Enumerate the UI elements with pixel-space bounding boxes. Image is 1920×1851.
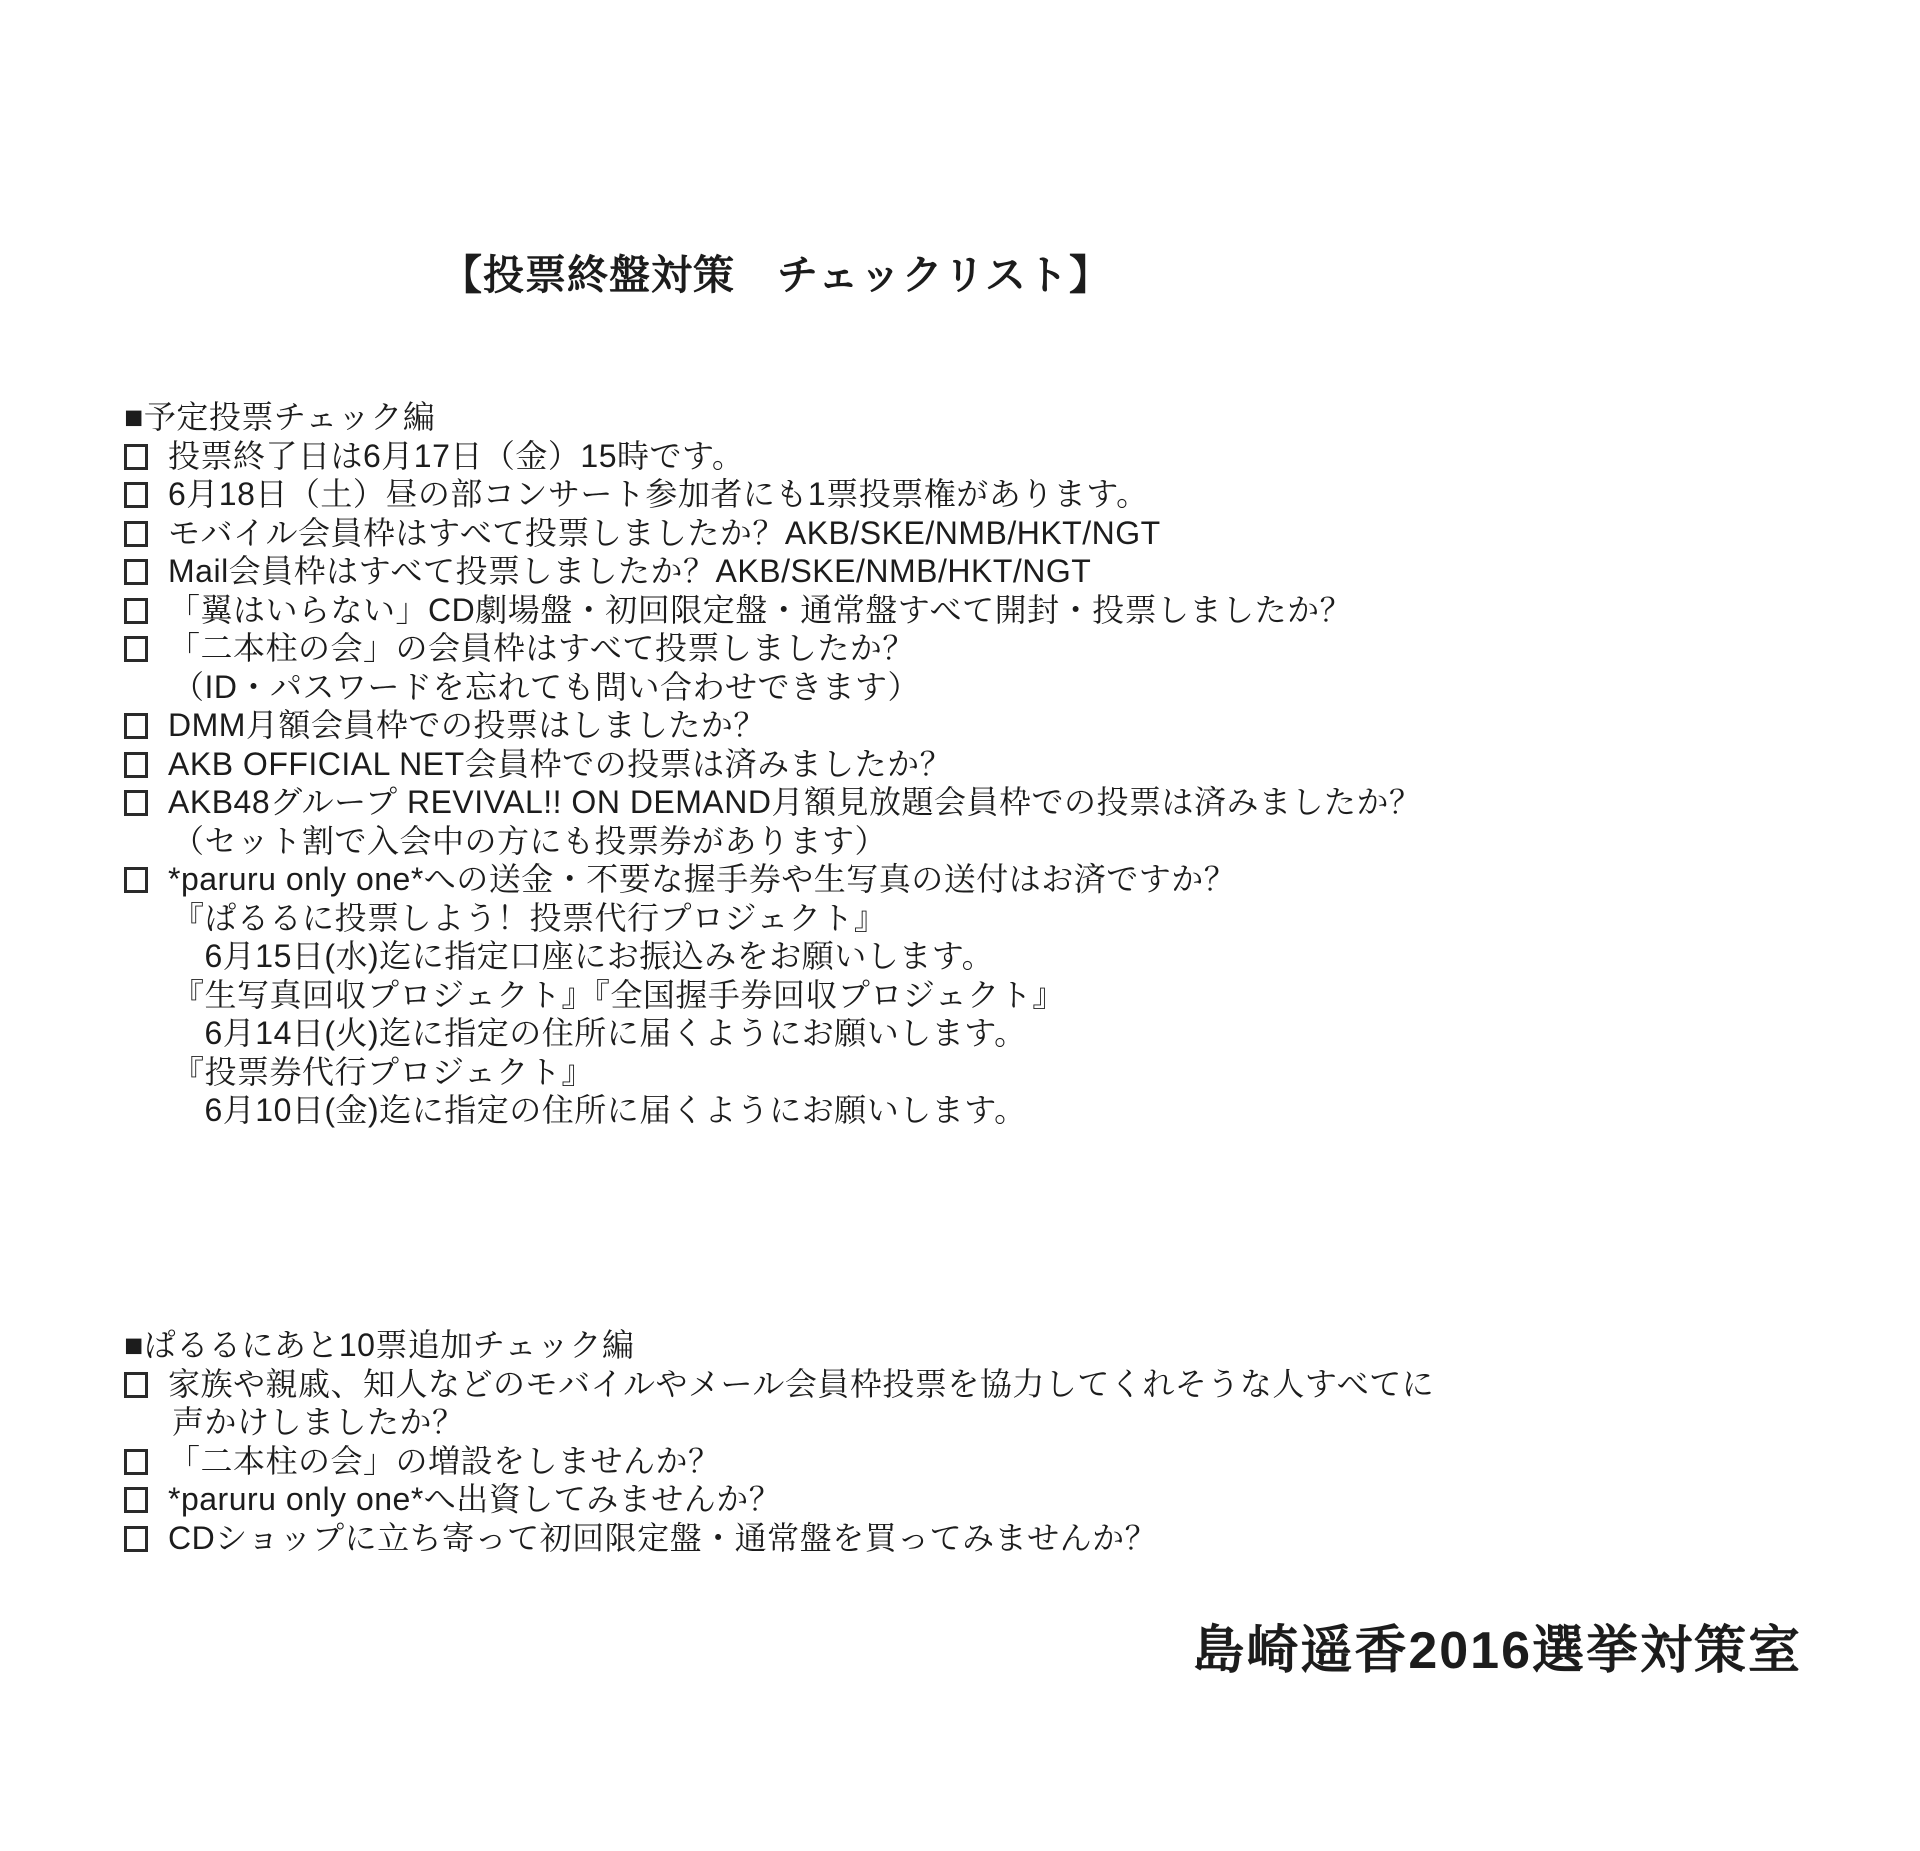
item-subline: 6月15日(水)迄に指定口座にお振込みをお願いします。 [124, 937, 1422, 976]
checkbox-empty-icon [124, 521, 148, 547]
item-subline: （セット割で入会中の方にも投票券があります） [124, 822, 1422, 861]
item-subline: 6月14日(火)迄に指定の住所に届くようにお願いします。 [124, 1014, 1422, 1053]
checkbox-empty-icon [124, 444, 148, 470]
item-text: 6月18日（土）昼の部コンサート参加者にも1票投票権があります。 [168, 476, 1149, 512]
item-text: 「二本柱の会」の会員枠はすべて投票しましたか？ [168, 630, 915, 666]
section-heading: ■予定投票チェック編 [124, 398, 1422, 437]
section-heading: ■ぱるるにあと10票追加チェック編 [124, 1326, 1434, 1365]
checklist-item: 投票終了日は6月17日（金）15時です。 [124, 437, 1422, 476]
checkbox-empty-icon [124, 752, 148, 778]
checklist-item: 「二本柱の会」の増設をしませんか？ [124, 1442, 1434, 1481]
item-text: *paruru only one*への送金・不要な握手券や生写真の送付はお済です… [168, 861, 1236, 897]
item-text: *paruru only one*へ出資してみませんか？ [168, 1481, 781, 1517]
checkbox-empty-icon [124, 790, 148, 816]
checklist-item: CDショップに立ち寄って初回限定盤・通常盤を買ってみませんか？ [124, 1519, 1434, 1558]
item-text: DMM月額会員枠での投票はしましたか？ [168, 707, 766, 743]
item-subline: （ID・パスワードを忘れても問い合わせできます） [124, 668, 1422, 707]
checkbox-empty-icon [124, 482, 148, 508]
document-footer-signature: 島崎遥香2016選挙対策室 [1192, 1608, 1802, 1683]
checkbox-empty-icon [124, 1449, 148, 1475]
checkbox-empty-icon [124, 1487, 148, 1513]
checklist-item: 6月18日（土）昼の部コンサート参加者にも1票投票権があります。 [124, 475, 1422, 514]
item-text: CDショップに立ち寄って初回限定盤・通常盤を買ってみませんか？ [168, 1520, 1157, 1556]
checklist-item: *paruru only one*へ出資してみませんか？ [124, 1480, 1434, 1519]
page-title: 【投票終盤対策 チェックリスト】 [0, 242, 1552, 301]
item-text: モバイル会員枠はすべて投票しましたか？AKB/SKE/NMB/HKT/NGT [168, 515, 1161, 551]
checkbox-empty-icon [124, 867, 148, 893]
checkbox-empty-icon [124, 1526, 148, 1552]
item-text: 家族や親戚、知人などのモバイルやメール会員枠投票を協力してくれそうな人すべてに [168, 1366, 1434, 1402]
item-text: 投票終了日は6月17日（金）15時です。 [168, 438, 744, 474]
item-text: Mail会員枠はすべて投票しましたか？AKB/SKE/NMB/HKT/NGT [168, 553, 1091, 589]
checkbox-empty-icon [124, 1372, 148, 1398]
checkbox-empty-icon [124, 559, 148, 585]
checklist-item: 家族や親戚、知人などのモバイルやメール会員枠投票を協力してくれそうな人すべてに [124, 1365, 1434, 1404]
checklist-item: 「翼はいらない」CD劇場盤・初回限定盤・通常盤すべて開封・投票しましたか？ [124, 591, 1422, 630]
checklist-item: モバイル会員枠はすべて投票しましたか？AKB/SKE/NMB/HKT/NGT [124, 514, 1422, 553]
item-subline: 『投票券代行プロジェクト』 [124, 1053, 1422, 1092]
checklist-item: 「二本柱の会」の会員枠はすべて投票しましたか？ [124, 629, 1422, 668]
checklist-section-1: ■ぱるるにあと10票追加チェック編家族や親戚、知人などのモバイルやメール会員枠投… [124, 1326, 1434, 1557]
item-subline: 6月10日(金)迄に指定の住所に届くようにお願いします。 [124, 1091, 1422, 1130]
checklist-item: DMM月額会員枠での投票はしましたか？ [124, 706, 1422, 745]
checklist-section-0: ■予定投票チェック編投票終了日は6月17日（金）15時です。6月18日（土）昼の… [124, 398, 1422, 1130]
checkbox-empty-icon [124, 598, 148, 624]
checklist-item: Mail会員枠はすべて投票しましたか？AKB/SKE/NMB/HKT/NGT [124, 552, 1422, 591]
item-subline: 『ぱるるに投票しよう！投票代行プロジェクト』 [124, 899, 1422, 938]
checklist-item: AKB OFFICIAL NET会員枠での投票は済みましたか？ [124, 745, 1422, 784]
item-text: 「翼はいらない」CD劇場盤・初回限定盤・通常盤すべて開封・投票しましたか？ [168, 592, 1352, 628]
item-text: AKB OFFICIAL NET会員枠での投票は済みましたか？ [168, 746, 952, 782]
checkbox-empty-icon [124, 636, 148, 662]
scanned-checklist-document: 【投票終盤対策 チェックリスト】 ■予定投票チェック編投票終了日は6月17日（金… [0, 0, 1920, 1851]
checkbox-empty-icon [124, 713, 148, 739]
item-text: AKB48グループ REVIVAL!! ON DEMAND月額見放題会員枠での投… [168, 784, 1422, 820]
item-subline: 声かけしましたか？ [124, 1403, 1434, 1442]
item-text: 「二本柱の会」の増設をしませんか？ [168, 1443, 721, 1479]
checklist-item: *paruru only one*への送金・不要な握手券や生写真の送付はお済です… [124, 860, 1422, 899]
item-subline: 『生写真回収プロジェクト』『全国握手券回収プロジェクト』 [124, 976, 1422, 1015]
checklist-item: AKB48グループ REVIVAL!! ON DEMAND月額見放題会員枠での投… [124, 783, 1422, 822]
